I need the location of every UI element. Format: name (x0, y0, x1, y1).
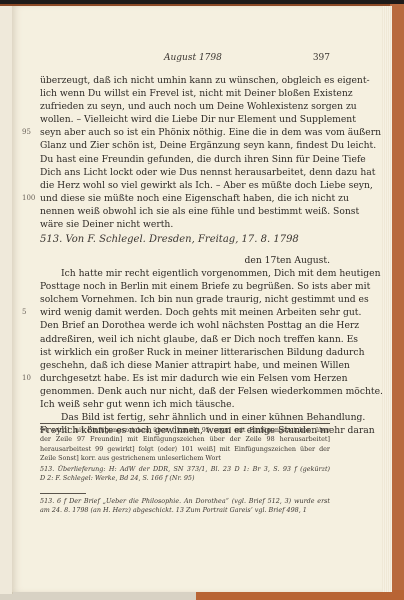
text-line: die Herz wohl so viel gewirkt als Ich. –… (40, 179, 330, 192)
text-line: Ich hatte mir recht eigentlich vorgenomm… (40, 267, 330, 280)
apparatus-line: der Zeile 97 Freundin] mit Einfügungszei… (40, 435, 330, 444)
running-head: August 1798 397 (40, 53, 330, 65)
line-number: 5 (22, 306, 26, 319)
text-line: Dich ans Licht lockt oder wie Dus nennst… (40, 166, 330, 179)
text-line: genommen. Denk auch nur nicht, daß der F… (40, 385, 330, 398)
commentary-rule (40, 493, 86, 494)
letter-heading: 513. Von F. Schlegel. Dresden, Freitag, … (40, 234, 299, 245)
apparatus-line: 513. 6 f Der Brief „Ueber die Philosophi… (40, 497, 330, 506)
footnote-rule (40, 423, 330, 424)
text-line: 100und diese sie müßte noch eine Eigensc… (40, 192, 330, 205)
line-number: 10 (22, 372, 31, 385)
text-line: 5wird wenig damit werden. Doch gehts mit… (40, 306, 330, 319)
text-line: 10durchgesetzt habe. Es ist mir dadurch … (40, 372, 330, 385)
letter-513-body: den 17ten August. Ich hatte mir recht ei… (40, 254, 330, 437)
apparatus-line: D 2: F. Schlegel: Werke, Bd 24, S. 166 f… (40, 474, 330, 483)
text-line: addreßiren, weil ich nicht glaube, daß e… (40, 333, 330, 346)
text-line: Glanz und Zier schön ist, Deine Ergänzun… (40, 139, 330, 152)
text-line: Du hast eine Freundin gefunden, die durc… (40, 153, 330, 166)
text-line: geschehn, daß ich diese Manier attrapirt… (40, 359, 330, 372)
transmission-note: 513. Überlieferung: H: AdW der DDR, SN 3… (40, 465, 330, 484)
running-head-title: August 1798 (164, 53, 222, 63)
apparatus-line: am 24. 8. 1798 (an H. Herz) abgeschickt.… (40, 506, 330, 515)
text-line: lich wenn Du willst ein Frevel ist, nich… (40, 87, 330, 100)
page-stack-edges (382, 6, 392, 592)
variant-apparatus: 94 wird] mit Einfügungszeichen über ⟨⌊ka… (40, 426, 330, 464)
text-line: Posttage noch in Berlin mit einem Briefe… (40, 280, 330, 293)
text-line: 95seyn aber auch so ist ein Phönix nöthi… (40, 126, 330, 139)
apparatus-line: 513. Überlieferung: H: AdW der DDR, SN 3… (40, 465, 330, 474)
dateline: den 17ten August. (40, 254, 330, 267)
apparatus-line: 94 wird] mit Einfügungszeichen über ⟨⌊ka… (40, 426, 330, 435)
line-number: 95 (22, 126, 31, 139)
book-cover-edge (390, 4, 404, 600)
apparatus-line: herausarbeitest 99 gewirkt] folgt ⟨oder⟩… (40, 445, 330, 454)
book-page: August 1798 397 überzeugt, daß ich nicht… (12, 6, 392, 592)
text-line: wäre sie Deiner nicht werth. (40, 218, 330, 231)
text-line: überzeugt, daß ich nicht umhin kann zu w… (40, 74, 330, 87)
text-line: nennen weiß obwohl ich sie als eine fühl… (40, 205, 330, 218)
line-number: 100 (22, 192, 35, 205)
apparatus-line: Zeile Sonst] korr. aus gestrichenem unle… (40, 454, 330, 463)
commentary-note: 513. 6 f Der Brief „Ueber die Philosophi… (40, 497, 330, 516)
text-line: zufrieden zu seyn, und auch noch um Dein… (40, 100, 330, 113)
text-line: Ich weiß sehr gut wenn ich mich täusche. (40, 398, 330, 411)
text-line: solchem Vornehmen. Ich bin nun grade tra… (40, 293, 330, 306)
text-line: wollen. – Vielleicht wird die Liebe Dir … (40, 113, 330, 126)
page-number: 397 (313, 53, 330, 63)
text-line: ist wirklich ein großer Ruck in meiner l… (40, 346, 330, 359)
letter-512-continuation: überzeugt, daß ich nicht umhin kann zu w… (40, 74, 330, 231)
text-line: Den Brief an Dorothea werde ich wohl näc… (40, 319, 330, 332)
